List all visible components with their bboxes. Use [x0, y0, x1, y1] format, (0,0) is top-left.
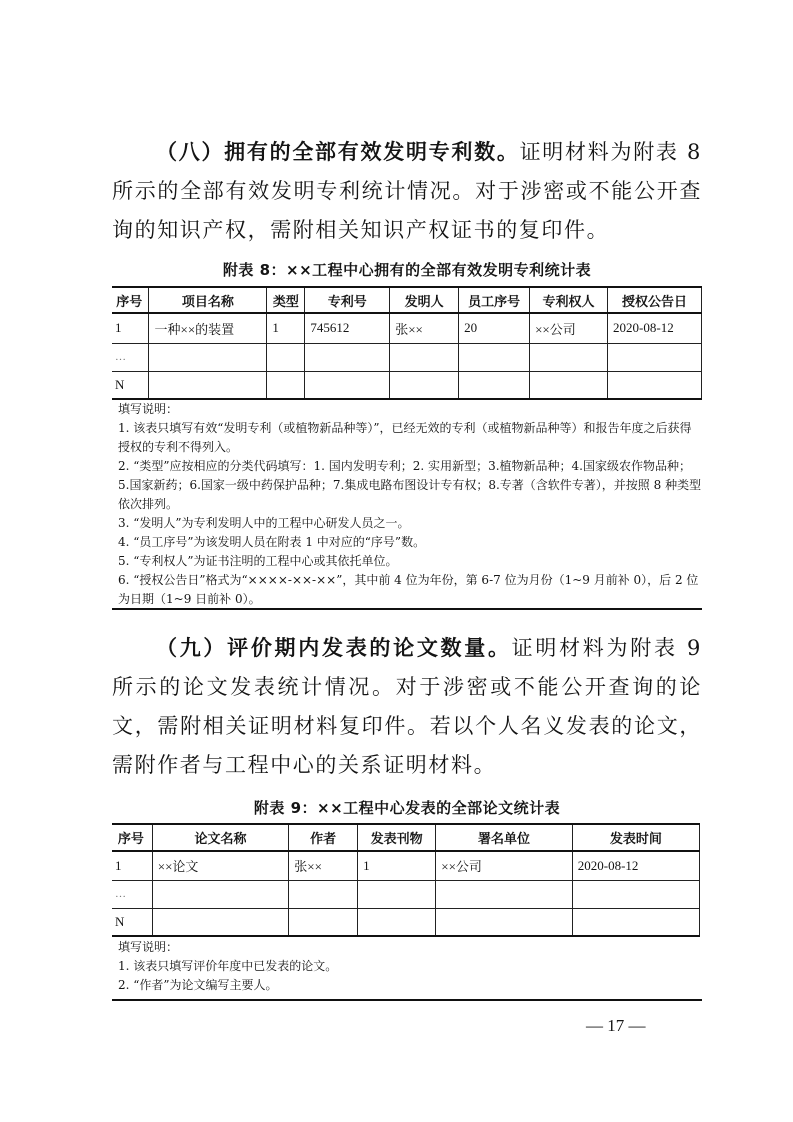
table-8-notes: 填写说明： 1. 该表只填写有效“发明专利（或植物新品种等）”，已经无效的专利（… [112, 400, 702, 609]
note-item: 1. 该表只填写有效“发明专利（或植物新品种等）”，已经无效的专利（或植物新品种… [118, 419, 702, 457]
header-affiliation: 署名单位 [436, 824, 573, 851]
cell-type [267, 371, 305, 399]
table-row: N [112, 371, 702, 399]
note-item: 2. “类型”应按相应的分类代码填写：1. 国内发明专利；2. 实用新型；3.植… [118, 457, 702, 514]
cell-journal [358, 908, 436, 936]
cell-journal: 1 [358, 851, 436, 880]
section-8-paragraph: （八）拥有的全部有效发明专利数。证明材料为附表 8 所示的全部有效发明专利统计情… [112, 132, 702, 250]
table-row: N [112, 908, 700, 936]
cell-index: … [112, 343, 149, 371]
table-row: … [112, 343, 702, 371]
table-9-papers: 序号 论文名称 作者 发表刊物 署名单位 发表时间 1 ××论文 张×× 1 ×… [112, 823, 700, 937]
note-item: 6. “授权公告日”格式为“××××-××-××”，其中前 4 位为年份，第 6… [118, 571, 702, 609]
page-number: — 17 — [586, 1016, 646, 1036]
cell-patentee: ××公司 [530, 313, 608, 343]
cell-author [289, 908, 358, 936]
cell-paper-title [152, 880, 289, 908]
divider [112, 999, 702, 1001]
header-index: 序号 [112, 824, 152, 851]
table-8-patents: 序号 项目名称 类型 专利号 发明人 员工序号 专利权人 授权公告日 1 一种×… [112, 286, 702, 400]
header-inventor: 发明人 [390, 287, 459, 313]
notes-title: 填写说明： [118, 938, 702, 957]
section-9-paragraph: （九）评价期内发表的论文数量。证明材料为附表 9 所示的论文发表统计情况。对于涉… [112, 628, 702, 785]
header-project-name: 项目名称 [149, 287, 267, 313]
divider [112, 608, 702, 610]
header-author: 作者 [289, 824, 358, 851]
cell-publish-date [572, 908, 699, 936]
cell-index: 1 [112, 851, 152, 880]
header-type: 类型 [267, 287, 305, 313]
cell-grant-date [608, 343, 702, 371]
header-journal: 发表刊物 [358, 824, 436, 851]
table-9-notes: 填写说明： 1. 该表只填写评价年度中已发表的论文。 2. “作者”为论文编写主… [112, 938, 702, 995]
cell-inventor [390, 343, 459, 371]
note-item: 5. “专利权人”为证书注明的工程中心或其依托单位。 [118, 552, 702, 571]
cell-project-name [149, 343, 267, 371]
cell-index: 1 [112, 313, 149, 343]
cell-paper-title [152, 908, 289, 936]
table-row: 1 ××论文 张×× 1 ××公司 2020-08-12 [112, 851, 700, 880]
cell-journal [358, 880, 436, 908]
cell-inventor [390, 371, 459, 399]
table-row: … [112, 880, 700, 908]
cell-author: 张×× [289, 851, 358, 880]
table-row: 1 一种××的装置 1 745612 张×× 20 ××公司 2020-08-1… [112, 313, 702, 343]
cell-type: 1 [267, 313, 305, 343]
cell-inventor: 张×× [390, 313, 459, 343]
cell-index: N [112, 371, 149, 399]
cell-patent-number [305, 371, 390, 399]
cell-affiliation: ××公司 [436, 851, 573, 880]
section-9-heading: （九）评价期内发表的论文数量。 [156, 635, 512, 660]
cell-patent-number [305, 343, 390, 371]
cell-grant-date [608, 371, 702, 399]
header-publish-date: 发表时间 [572, 824, 699, 851]
cell-patentee [530, 343, 608, 371]
note-item: 1. 该表只填写评价年度中已发表的论文。 [118, 957, 702, 976]
table-8-caption: 附表 8：××工程中心拥有的全部有效发明专利统计表 [112, 259, 702, 280]
notes-title: 填写说明： [118, 400, 702, 419]
header-paper-title: 论文名称 [152, 824, 289, 851]
header-patent-number: 专利号 [305, 287, 390, 313]
cell-employee-number [459, 371, 530, 399]
cell-employee-number: 20 [459, 313, 530, 343]
cell-patentee [530, 371, 608, 399]
cell-project-name: 一种××的装置 [149, 313, 267, 343]
header-employee-number: 员工序号 [459, 287, 530, 313]
cell-project-name [149, 371, 267, 399]
cell-employee-number [459, 343, 530, 371]
cell-author [289, 880, 358, 908]
cell-index: N [112, 908, 152, 936]
header-index: 序号 [112, 287, 149, 313]
table-header-row: 序号 论文名称 作者 发表刊物 署名单位 发表时间 [112, 824, 700, 851]
table-header-row: 序号 项目名称 类型 专利号 发明人 员工序号 专利权人 授权公告日 [112, 287, 702, 313]
note-item: 3. “发明人”为专利发明人中的工程中心研发人员之一。 [118, 514, 702, 533]
cell-paper-title: ××论文 [152, 851, 289, 880]
cell-affiliation [436, 908, 573, 936]
cell-patent-number: 745612 [305, 313, 390, 343]
note-item: 2. “作者”为论文编写主要人。 [118, 976, 702, 995]
header-patentee: 专利权人 [530, 287, 608, 313]
cell-publish-date: 2020-08-12 [572, 851, 699, 880]
note-item: 4. “员工序号”为该发明人员在附表 1 中对应的“序号”数。 [118, 533, 702, 552]
cell-publish-date [572, 880, 699, 908]
section-8-heading: （八）拥有的全部有效发明专利数。 [156, 139, 520, 164]
cell-type [267, 343, 305, 371]
cell-grant-date: 2020-08-12 [608, 313, 702, 343]
header-grant-date: 授权公告日 [608, 287, 702, 313]
cell-index: … [112, 880, 152, 908]
cell-affiliation [436, 880, 573, 908]
table-9-caption: 附表 9：××工程中心发表的全部论文统计表 [112, 797, 702, 818]
